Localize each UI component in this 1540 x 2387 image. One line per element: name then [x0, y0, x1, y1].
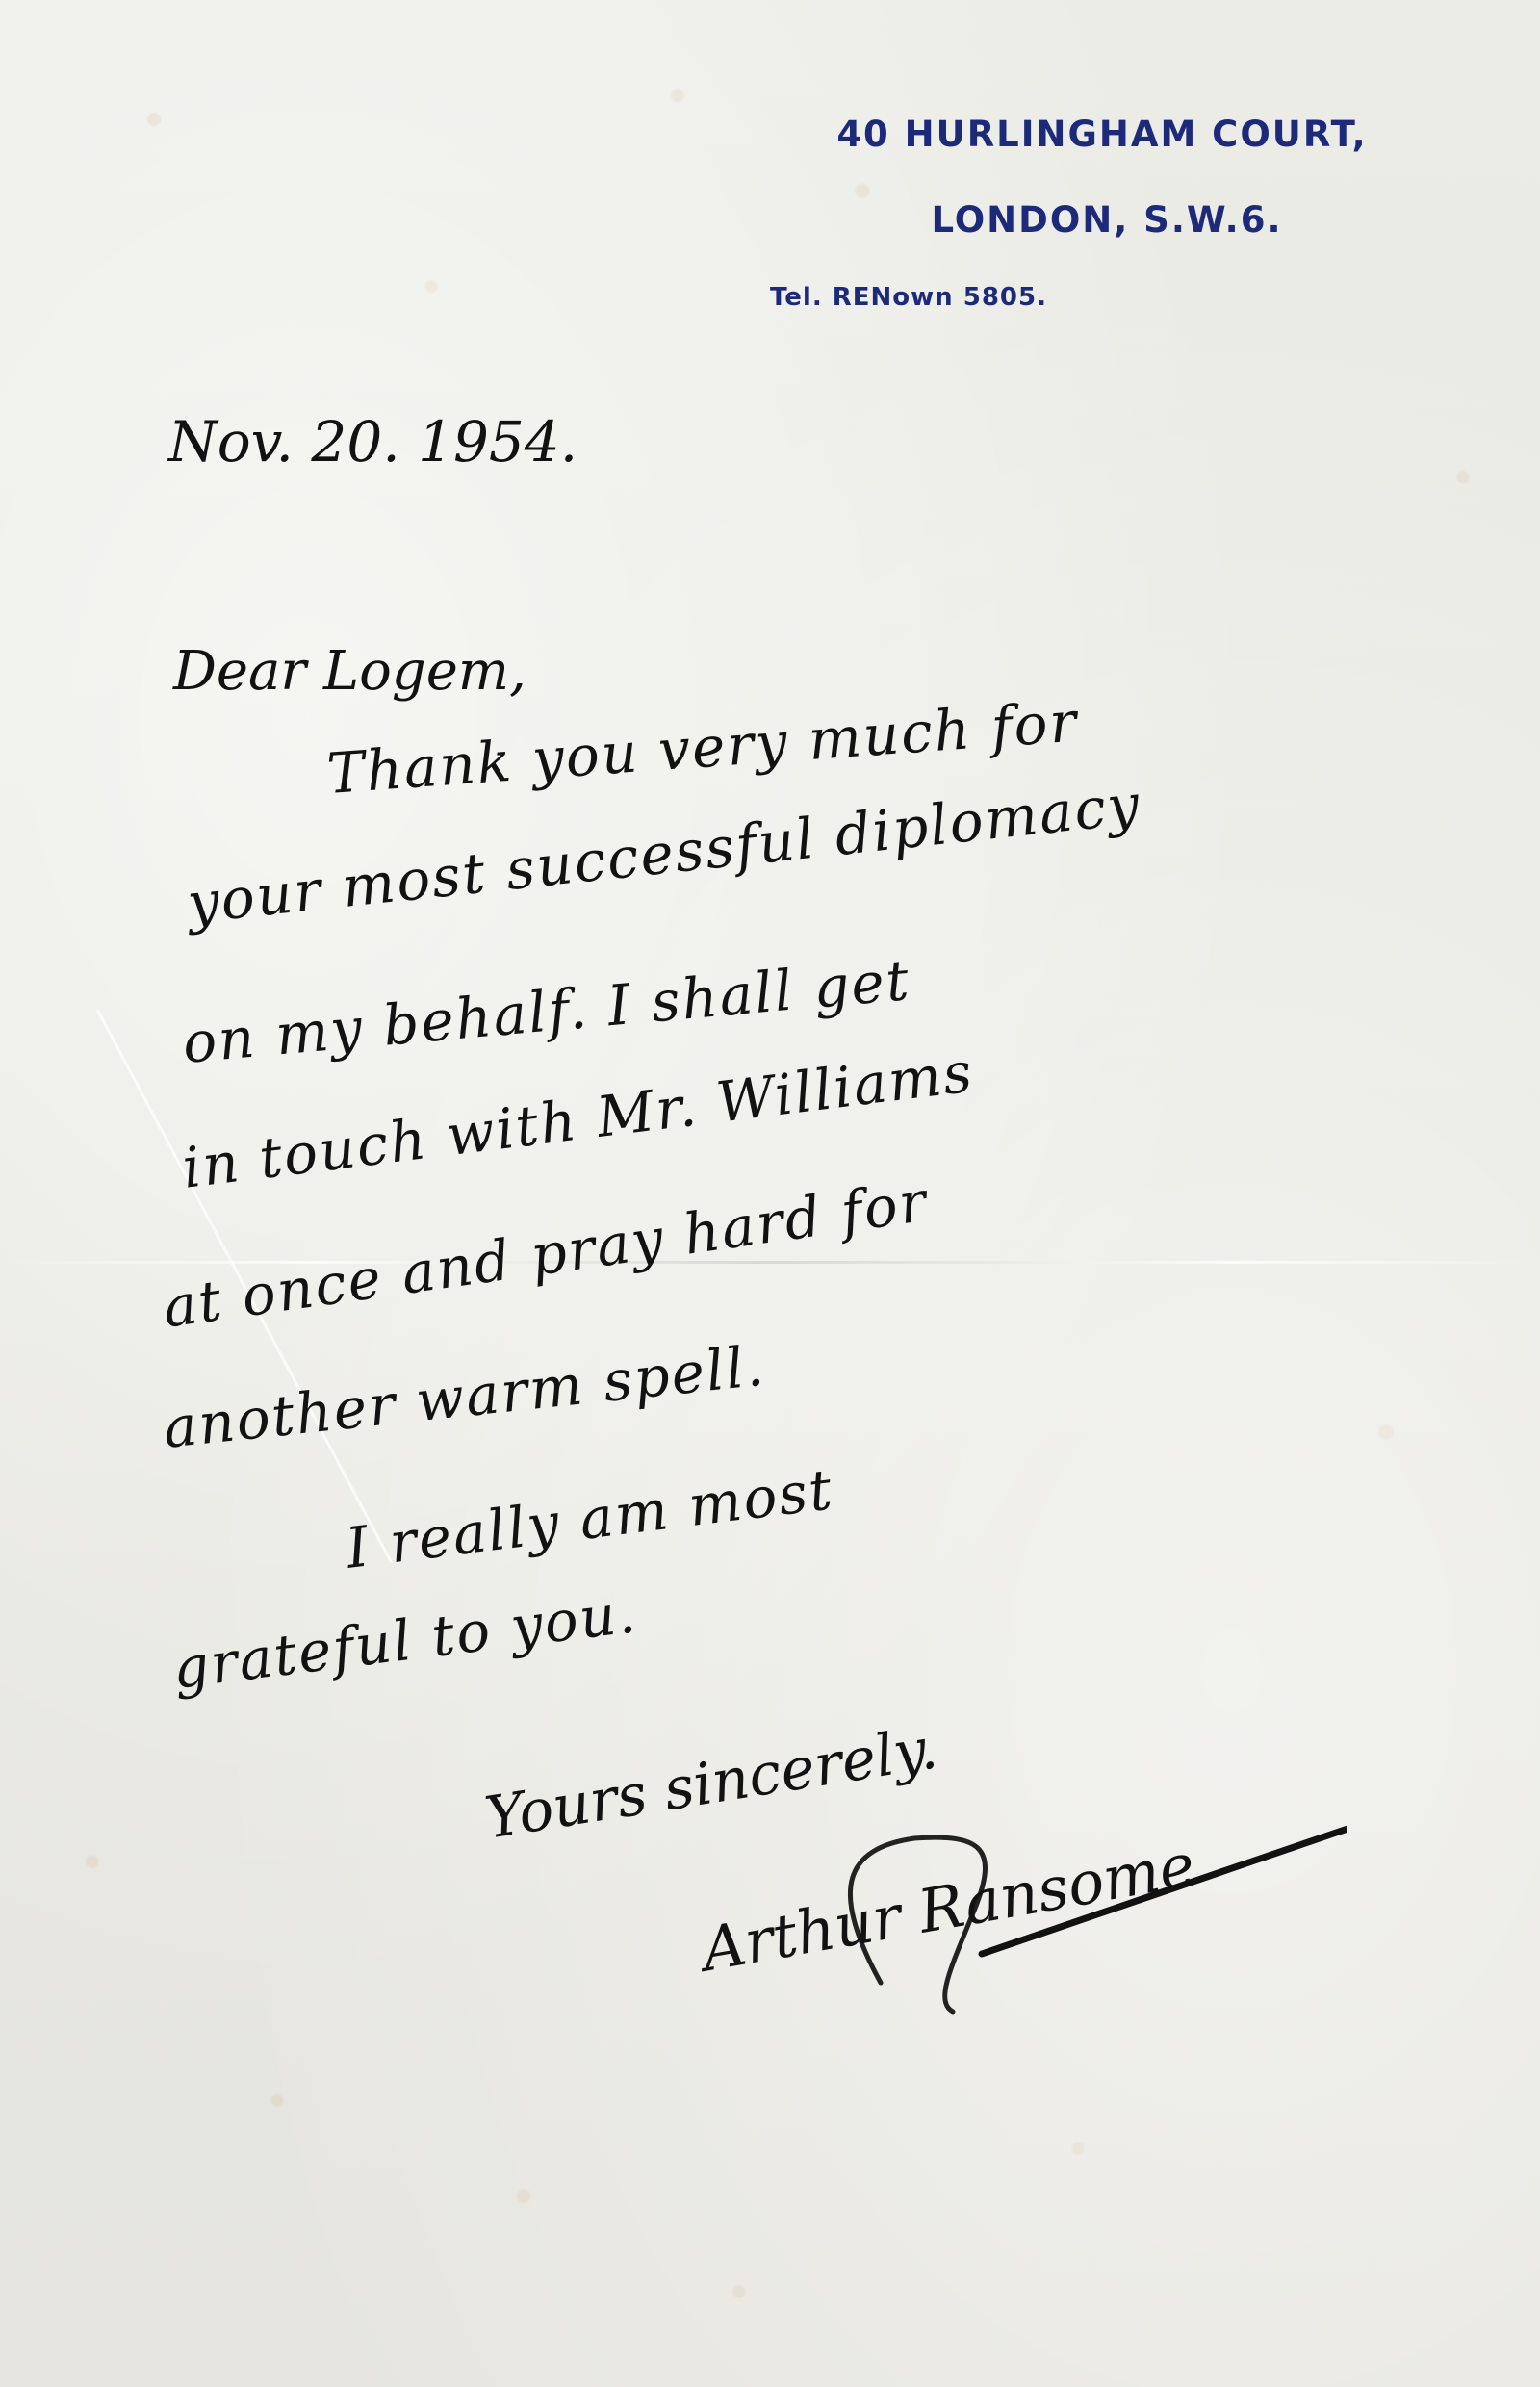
body-line: on my behalf. I shall get [180, 947, 913, 1076]
letterhead-telephone: Tel. RENown 5805. [760, 283, 1444, 312]
signature: Arthur Ransome [693, 1809, 1347, 2031]
body-line: another warm spell. [160, 1333, 768, 1461]
letterhead-address-line1: 40 HURLINGHAM COURT, [760, 114, 1444, 155]
letterhead: 40 HURLINGHAM COURT, LONDON, S.W.6. Tel.… [760, 114, 1444, 312]
letter-page: 40 HURLINGHAM COURT, LONDON, S.W.6. Tel.… [0, 0, 1540, 2387]
letter-date: Nov. 20. 1954. [168, 409, 577, 475]
body-line: grateful to you. [169, 1579, 641, 1702]
body-line: I really am most [343, 1456, 837, 1581]
body-line: at once and pray hard for [159, 1168, 932, 1341]
letter-salutation: Dear Logem, [173, 640, 526, 703]
letterhead-address-line2: LONDON, S.W.6. [760, 199, 1444, 241]
